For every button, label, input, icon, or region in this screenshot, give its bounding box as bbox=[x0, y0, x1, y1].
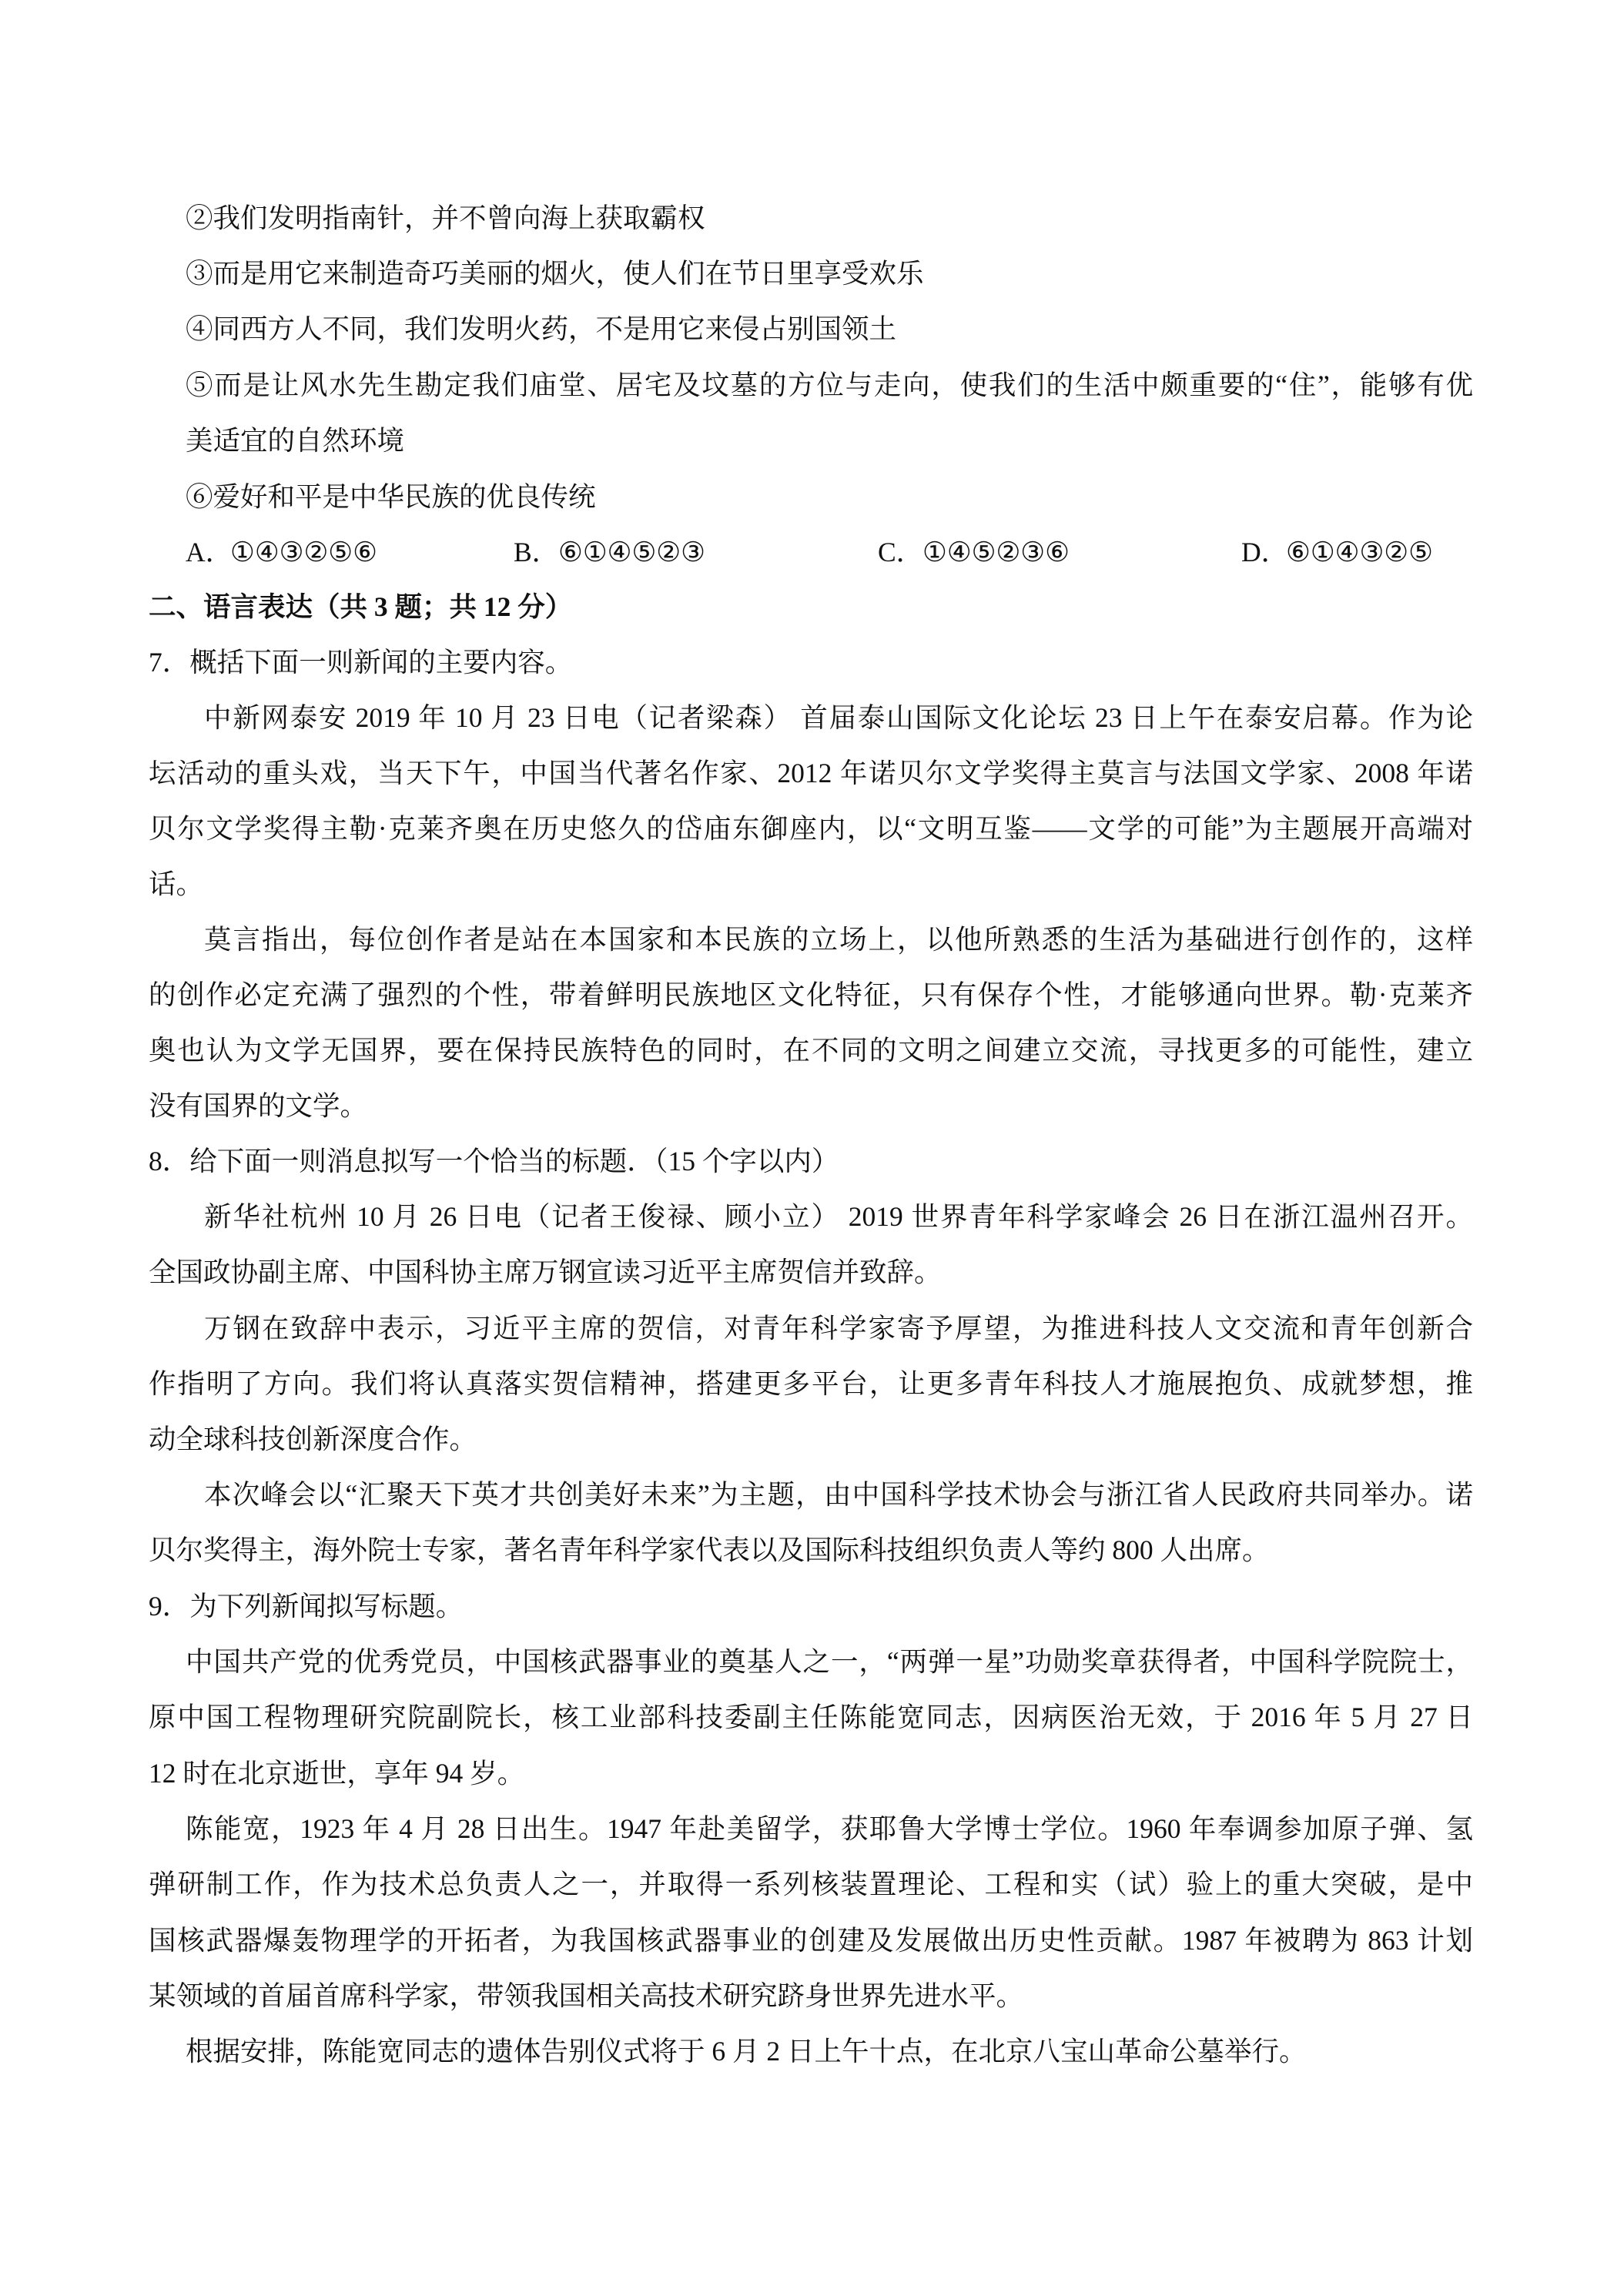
option-d-letter: D． bbox=[1241, 524, 1286, 580]
exam-page: ②我们发明指南针，并不曾向海上获取霸权 ③而是用它来制造奇巧美丽的烟火，使人们在… bbox=[0, 0, 1624, 2296]
q7-p1-line2: 坛活动的重头戏，当天下午，中国当代著名作家、2012 年诺贝尔文学奖得主莫言与法… bbox=[149, 745, 1473, 801]
q9-p2-line4: 某领域的首届首席科学家，带领我国相关高技术研究跻身世界先进水平。 bbox=[149, 1968, 1473, 2023]
option-b-letter: B． bbox=[514, 524, 558, 580]
section-heading: 二、语言表达（共 3 题；共 12 分） bbox=[149, 579, 1473, 634]
sentence-item-5-line1: ⑤而是让风水先生勘定我们庙堂、居宅及坟墓的方位与走向，使我们的生活中颇重要的“住… bbox=[186, 357, 1473, 413]
q8-p3-line1: 本次峰会以“汇聚天下英才共创美好未来”为主题，由中国科学技术协会与浙江省人民政府… bbox=[204, 1467, 1473, 1522]
sentence-item-2: ②我们发明指南针，并不曾向海上获取霸权 bbox=[186, 190, 1473, 246]
option-c-value: ①④⑤②③⑥ bbox=[922, 537, 1070, 567]
q8-prompt: 8．给下面一则消息拟写一个恰当的标题．（15 个字以内） bbox=[149, 1133, 1473, 1189]
q8-p3-line2: 贝尔奖得主，海外院士专家，著名青年科学家代表以及国际科技组织负责人等约 800 … bbox=[149, 1522, 1473, 1578]
q8-p2-line3: 动全球科技创新深度合作。 bbox=[149, 1411, 1473, 1467]
q7-p2-line2: 的创作必定充满了强烈的个性，带着鲜明民族地区文化特征，只有保存个性，才能够通向世… bbox=[149, 967, 1473, 1022]
option-c-letter: C． bbox=[878, 524, 922, 580]
q7-p1-line4: 话。 bbox=[149, 856, 1473, 912]
option-b-value: ⑥①④⑤②③ bbox=[558, 537, 705, 567]
q7-p2-line3: 奥也认为文学无国界，要在保持民族特色的同时，在不同的文明之间建立交流，寻找更多的… bbox=[149, 1022, 1473, 1078]
sentence-item-4: ④同西方人不同，我们发明火药，不是用它来侵占别国领土 bbox=[186, 301, 1473, 356]
q8-p2-line1: 万钢在致辞中表示，习近平主席的贺信，对青年科学家寄予厚望，为推进科技人文交流和青… bbox=[204, 1300, 1473, 1356]
q9-p2-line1: 陈能宽，1923 年 4 月 28 日出生。1947 年赴美留学，获耶鲁大学博士… bbox=[186, 1801, 1473, 1856]
option-d[interactable]: D．⑥①④③②⑤ bbox=[1241, 524, 1433, 580]
q9-p1-line3: 12 时在北京逝世，享年 94 岁。 bbox=[149, 1745, 1473, 1801]
option-a-value: ①④③②⑤⑥ bbox=[230, 537, 377, 567]
q7-prompt: 7．概括下面一则新闻的主要内容。 bbox=[149, 634, 1473, 690]
option-a-letter: A． bbox=[186, 524, 230, 580]
q9-prompt: 9．为下列新闻拟写标题。 bbox=[149, 1578, 1473, 1634]
option-d-value: ⑥①④③②⑤ bbox=[1286, 537, 1433, 567]
sentence-item-3: ③而是用它来制造奇巧美丽的烟火，使人们在节日里享受欢乐 bbox=[186, 246, 1473, 301]
q9-p3-line1: 根据安排，陈能宽同志的遗体告别仪式将于 6 月 2 日上午十点，在北京八宝山革命… bbox=[186, 2023, 1473, 2079]
option-a[interactable]: A．①④③②⑤⑥ bbox=[186, 524, 377, 580]
q9-p2-line3: 国核武器爆轰物理学的开拓者，为我国核武器事业的创建及发展做出历史性贡献。1987… bbox=[149, 1913, 1473, 1968]
q9-p2-line2: 弹研制工作，作为技术总负责人之一，并取得一系列核装置理论、工程和实（试）验上的重… bbox=[149, 1856, 1473, 1912]
q7-p1-line1: 中新网泰安 2019 年 10 月 23 日电（记者梁森） 首届泰山国际文化论坛… bbox=[204, 690, 1473, 745]
q9-p1-line2: 原中国工程物理研究院副院长，核工业部科技委副主任陈能宽同志，因病医治无效，于 2… bbox=[149, 1689, 1473, 1745]
sentence-item-6: ⑥爱好和平是中华民族的优良传统 bbox=[186, 469, 1473, 524]
q7-p2-line4: 没有国界的文学。 bbox=[149, 1078, 1473, 1133]
q7-p1-line3: 贝尔文学奖得主勒·克莱齐奥在历史悠久的岱庙东御座内，以“文明互鉴——文学的可能”… bbox=[149, 801, 1473, 856]
option-b[interactable]: B．⑥①④⑤②③ bbox=[514, 524, 705, 580]
q7-p2-line1: 莫言指出，每位创作者是站在本国家和本民族的立场上，以他所熟悉的生活为基础进行创作… bbox=[204, 912, 1473, 967]
option-c[interactable]: C．①④⑤②③⑥ bbox=[878, 524, 1070, 580]
q8-p2-line2: 作指明了方向。我们将认真落实贺信精神，搭建更多平台，让更多青年科技人才施展抱负、… bbox=[149, 1356, 1473, 1411]
q8-p1-line1: 新华社杭州 10 月 26 日电（记者王俊禄、顾小立） 2019 世界青年科学家… bbox=[204, 1189, 1473, 1244]
q8-p1-line2: 全国政协副主席、中国科协主席万钢宣读习近平主席贺信并致辞。 bbox=[149, 1244, 1473, 1300]
q9-p1-line1: 中国共产党的优秀党员，中国核武器事业的奠基人之一，“两弹一星”功勋奖章获得者，中… bbox=[186, 1634, 1473, 1689]
sentence-item-5-line2: 美适宜的自然环境 bbox=[186, 413, 1473, 468]
